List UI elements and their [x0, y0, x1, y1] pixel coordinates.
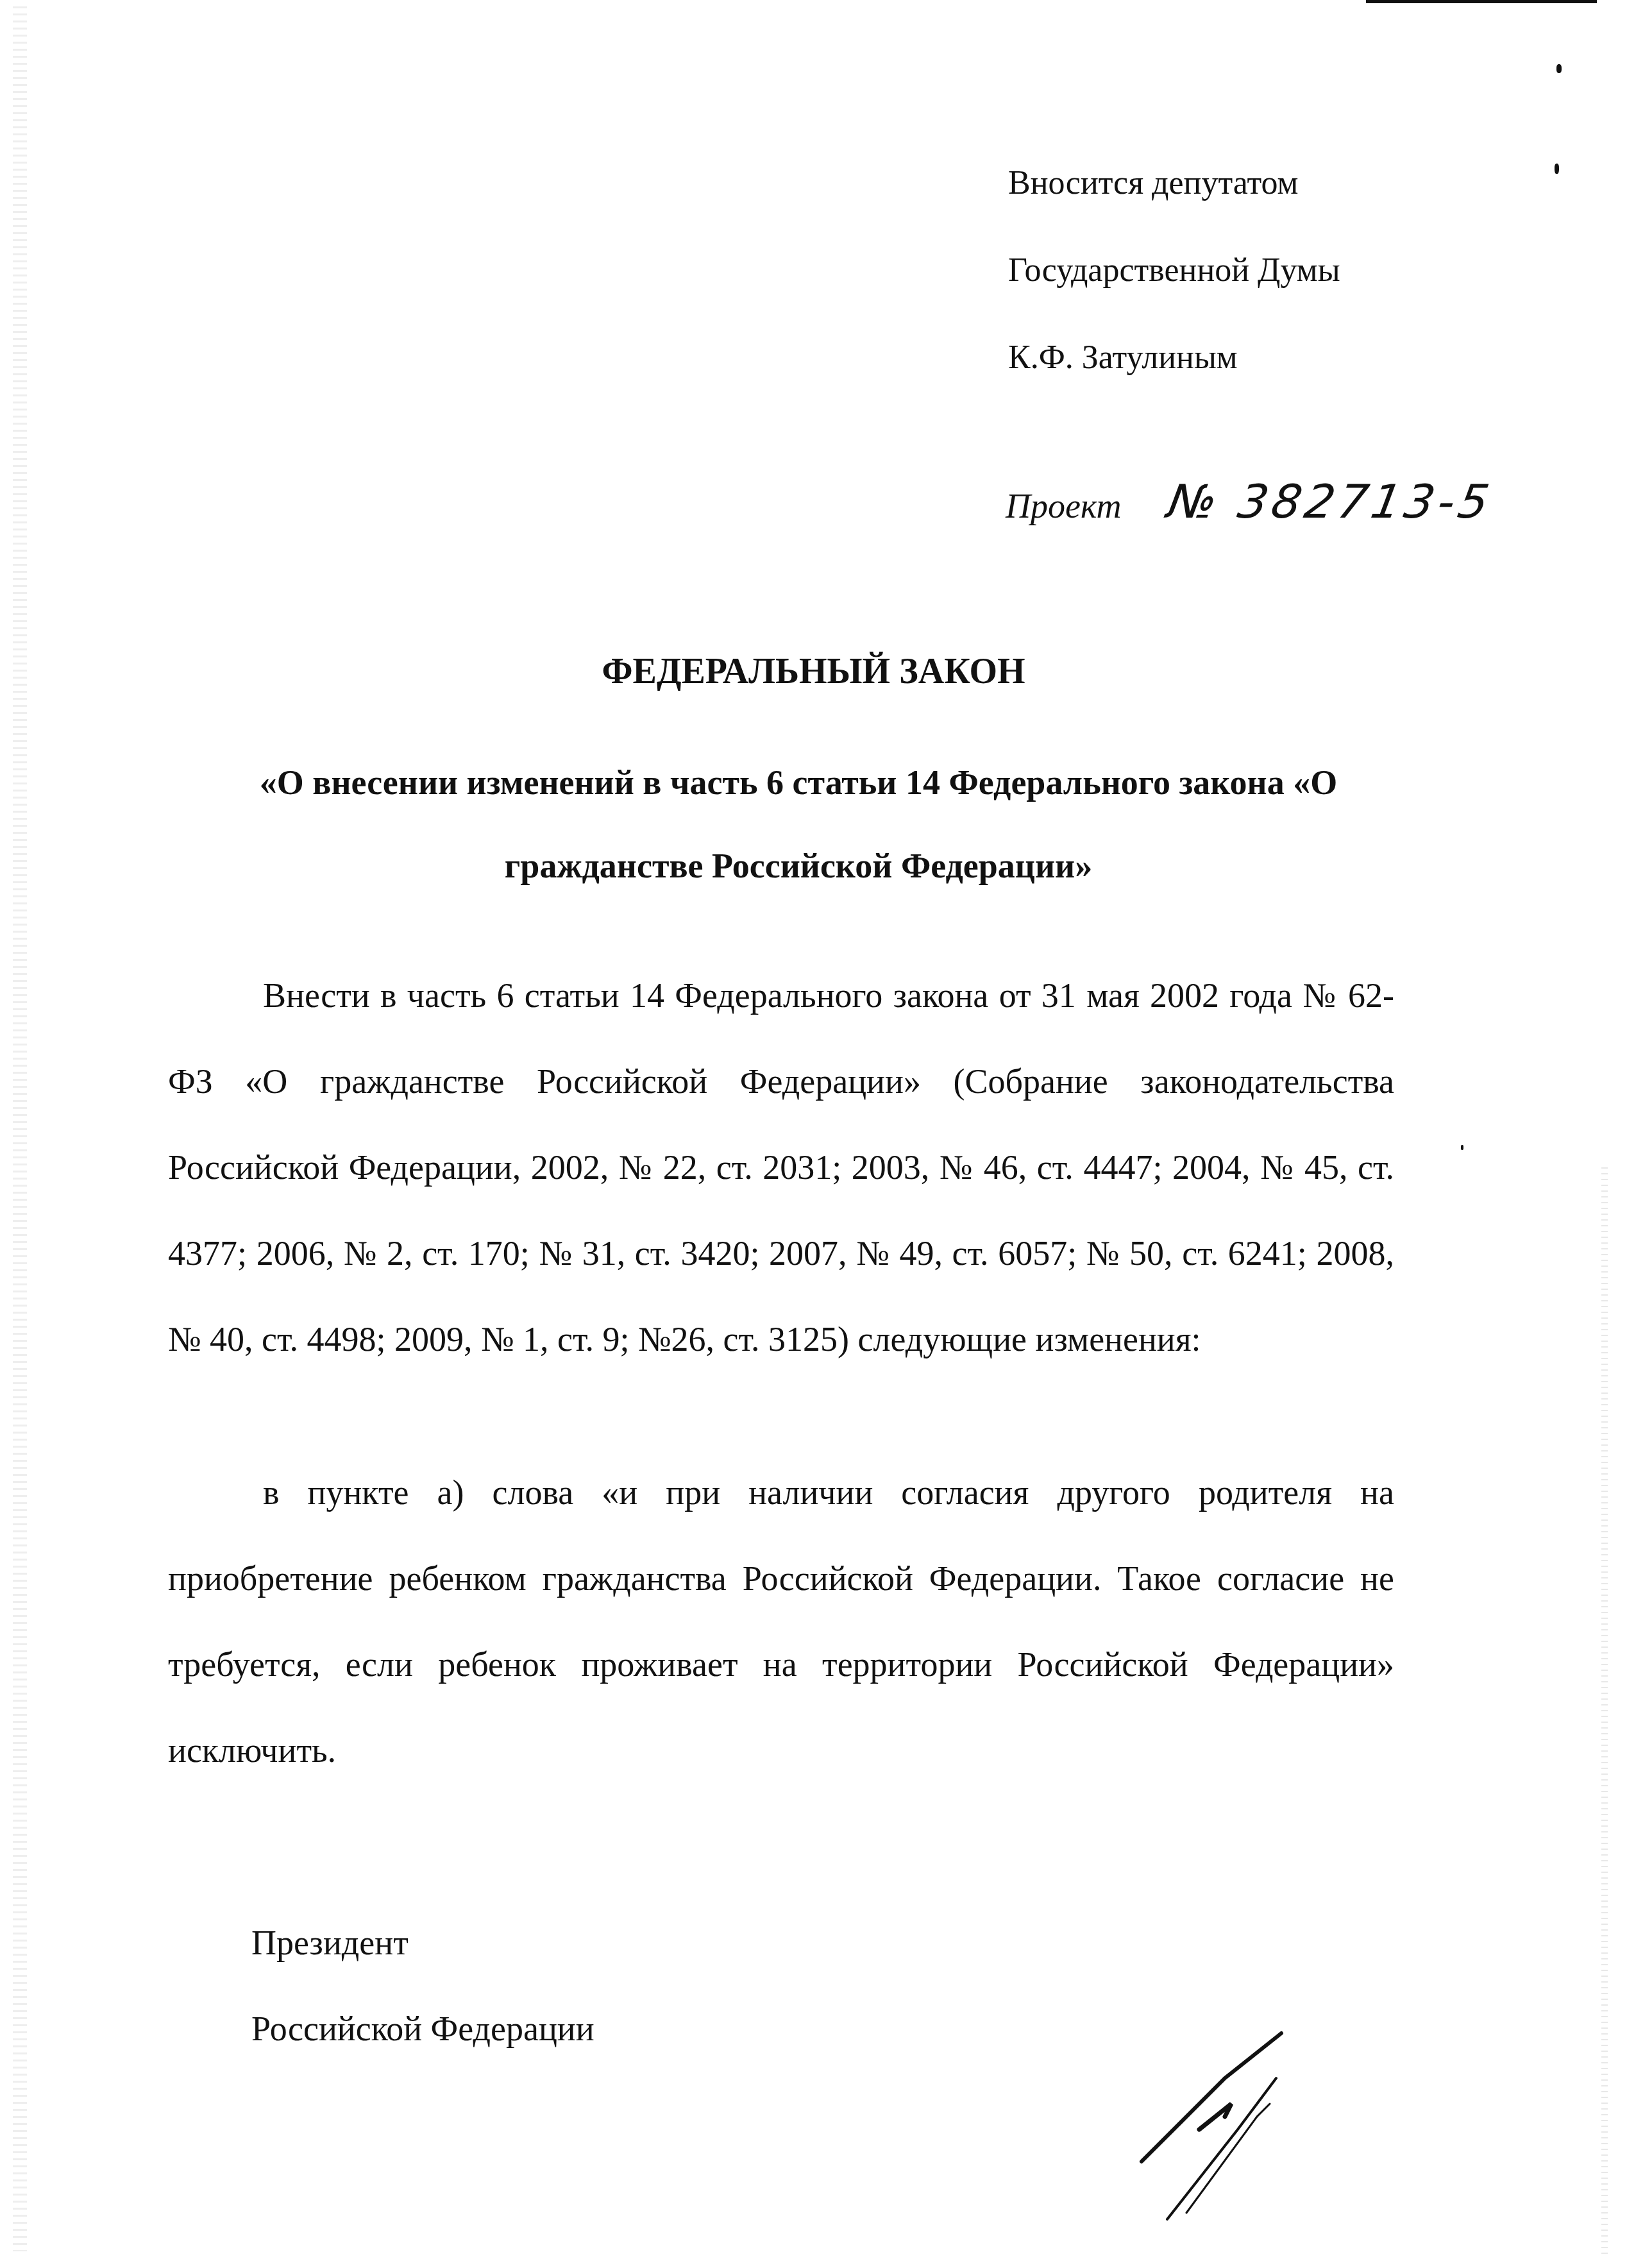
document-subtitle: «О внесении изменений в часть 6 статьи 1…	[212, 741, 1385, 908]
project-label: Проект	[1006, 487, 1122, 525]
submitter-line-3: К.Ф. Затулиным	[1008, 314, 1340, 402]
amendment-intro-text: Внести в часть 6 статьи 14 Федерального …	[168, 952, 1394, 1382]
submitter-line-2: Государственной Думы	[1008, 227, 1340, 314]
scan-edge-artifact-right	[1601, 1167, 1608, 2258]
project-line: Проект № 382713-5	[1006, 475, 1492, 529]
body-paragraph-1: Внести в часть 6 статьи 14 Федерального …	[168, 952, 1394, 1382]
scan-edge-artifact-left	[13, 6, 27, 2251]
scan-speck	[1556, 64, 1562, 73]
document-title: ФЕДЕРАЛЬНЫЙ ЗАКОН	[0, 651, 1627, 692]
submitter-block: Вносится депутатом Государственной Думы …	[1008, 140, 1340, 402]
signatory-org: Российской Федерации	[251, 1986, 594, 2072]
handwritten-project-number: № 382713-5	[1164, 475, 1497, 529]
handwritten-signature-icon	[1129, 2027, 1360, 2232]
submitter-line-1: Вносится депутатом	[1008, 140, 1340, 227]
signature-block: Президент Российской Федерации	[251, 1900, 594, 2072]
signatory-title: Президент	[251, 1900, 594, 1986]
scan-speck	[1461, 1145, 1463, 1150]
body-paragraph-2: в пункте а) слова «и при наличии согласи…	[168, 1450, 1394, 1793]
scan-speck	[1555, 164, 1559, 174]
amendment-detail-text: в пункте а) слова «и при наличии согласи…	[168, 1450, 1394, 1793]
scan-top-rule	[1366, 0, 1597, 3]
